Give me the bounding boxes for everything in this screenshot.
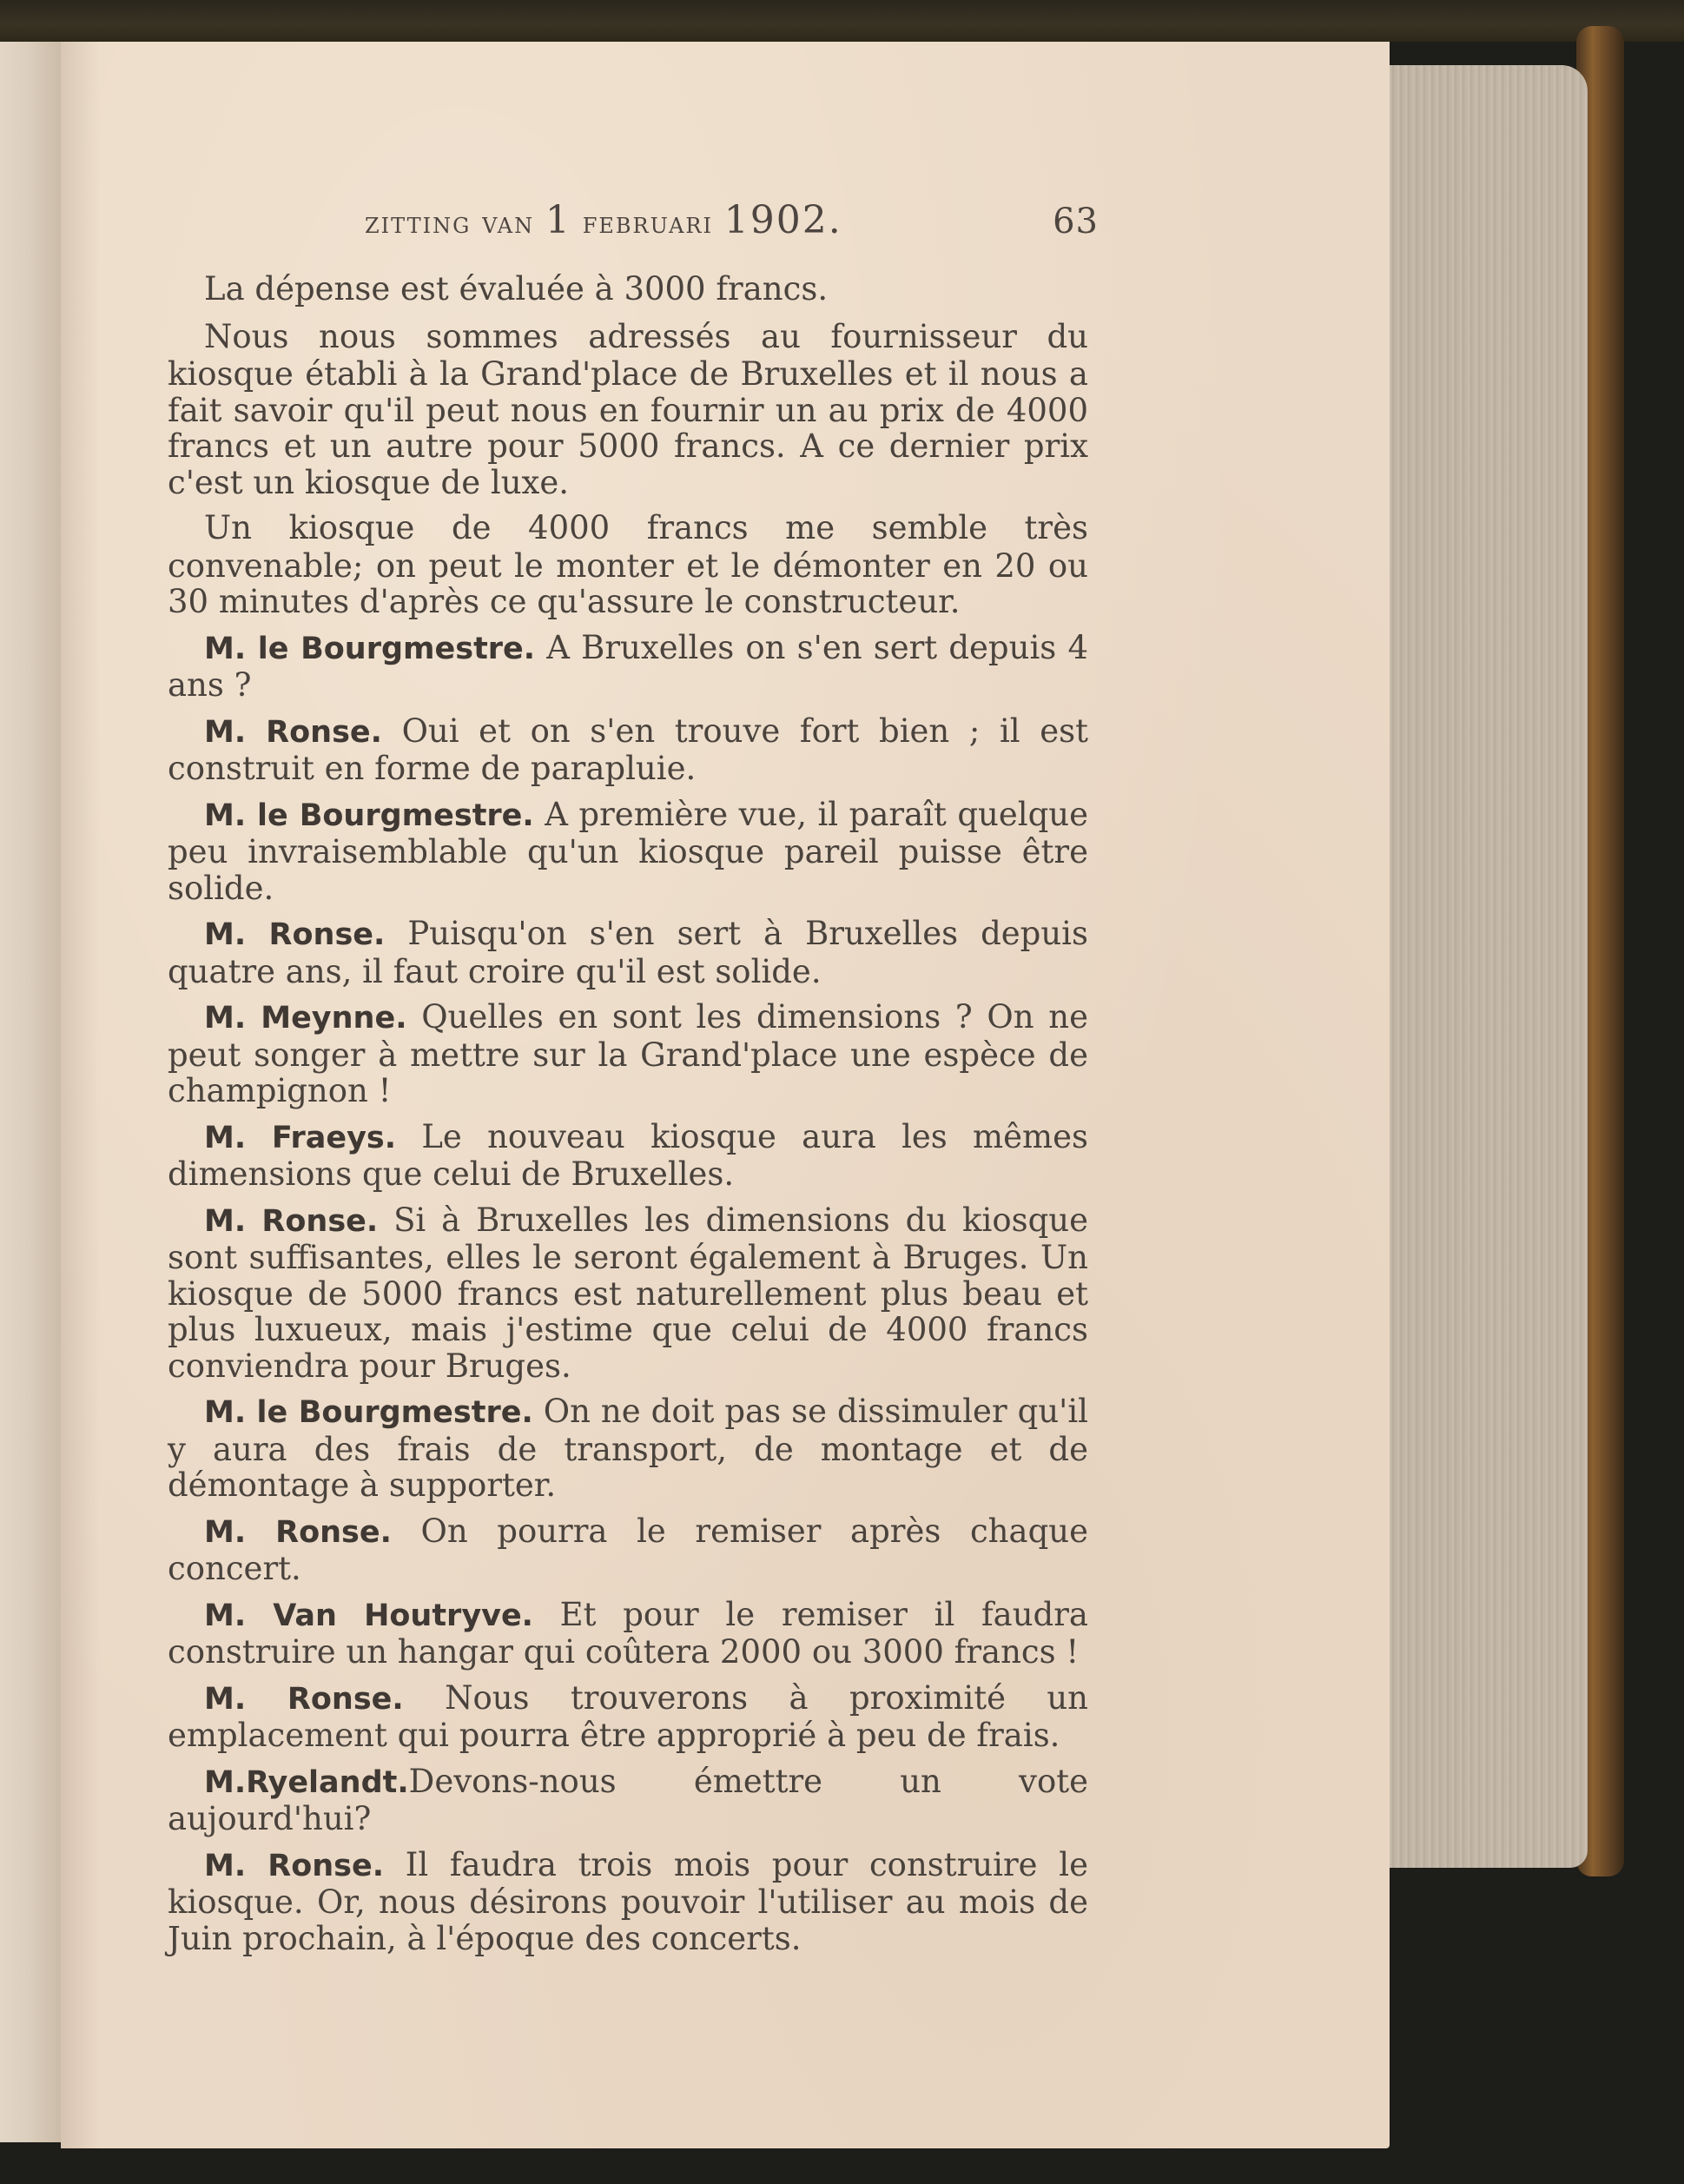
paragraph: La dépense est évaluée à 3000 francs. — [168, 271, 1088, 309]
speaker-name: M. le Bourgmestre. — [204, 1395, 533, 1430]
paragraph-text: Un kiosque de 4000 francs me semble très… — [168, 509, 1088, 620]
speaker-name: M. le Bourgmestre. — [204, 632, 535, 666]
paragraph: M. le Bourgmestre. A Bruxelles on s'en s… — [168, 630, 1088, 704]
gutter-shadow — [61, 42, 100, 2148]
paragraph: M. Ronse. Oui et on s'en trouve fort bie… — [168, 713, 1088, 787]
title-part: 1902. — [724, 198, 842, 242]
title-part: zitting van — [365, 206, 545, 241]
paragraph: M. Fraeys. Le nouveau kiosque aura les m… — [168, 1119, 1088, 1193]
title-part: februari — [571, 206, 724, 241]
facing-page-edge — [0, 42, 65, 2142]
running-header: zitting van 1 februari 1902. 63 — [365, 198, 1099, 242]
paragraph: M. Ronse. Puisqu'on s'en sert à Bruxelle… — [168, 916, 1088, 989]
paragraph: M. Van Houtryve. Et pour le remiser il f… — [168, 1597, 1088, 1671]
running-title: zitting van 1 februari 1902. — [365, 198, 842, 242]
speaker-name: M. le Bourgmestre. — [204, 798, 534, 833]
paragraph: M.Ryelandt.Devons-nous émettre un vote a… — [168, 1764, 1088, 1837]
paragraph: M. Ronse. Nous trouverons à proximité un… — [168, 1680, 1088, 1754]
page-number: 63 — [1053, 202, 1099, 242]
speaker-name: M. Ronse. — [204, 715, 382, 750]
paragraph-text: La dépense est évaluée à 3000 francs. — [204, 270, 828, 308]
background-top — [0, 0, 1684, 42]
speaker-name: M. Ronse. — [204, 917, 385, 952]
page-block-fore-edge — [1388, 65, 1588, 1868]
speaker-name: M. Ronse. — [204, 1204, 378, 1239]
speaker-name: M. Ronse. — [204, 1682, 404, 1717]
speaker-name: M. Van Houtryve. — [204, 1598, 533, 1633]
paragraph: Un kiosque de 4000 francs me semble très… — [168, 510, 1088, 620]
paragraph: M. le Bourgmestre. On ne doit pas se dis… — [168, 1393, 1088, 1504]
paragraph: M. Ronse. On pourra le remiser après cha… — [168, 1513, 1088, 1587]
speaker-name: M.Ryelandt. — [204, 1765, 409, 1800]
speaker-name: M. Fraeys. — [204, 1121, 396, 1155]
paragraph: M. Ronse. Il faudra trois mois pour cons… — [168, 1847, 1088, 1957]
paragraph: M. Ronse. Si à Bruxelles les dimensions … — [168, 1202, 1088, 1385]
title-part: 1 — [545, 198, 571, 242]
paragraph-text: Nous nous sommes adressés au fournisseur… — [168, 318, 1088, 501]
paragraph: M. Meynne. Quelles en sont les dimension… — [168, 999, 1088, 1109]
paragraph: M. le Bourgmestre. A première vue, il pa… — [168, 797, 1088, 907]
speaker-name: M. Ronse. — [204, 1515, 392, 1550]
speaker-name: M. Meynne. — [204, 1001, 407, 1036]
body-text: La dépense est évaluée à 3000 francs. No… — [168, 271, 1088, 1966]
speaker-name: M. Ronse. — [204, 1849, 384, 1883]
paragraph: Nous nous sommes adressés au fournisseur… — [168, 319, 1088, 501]
